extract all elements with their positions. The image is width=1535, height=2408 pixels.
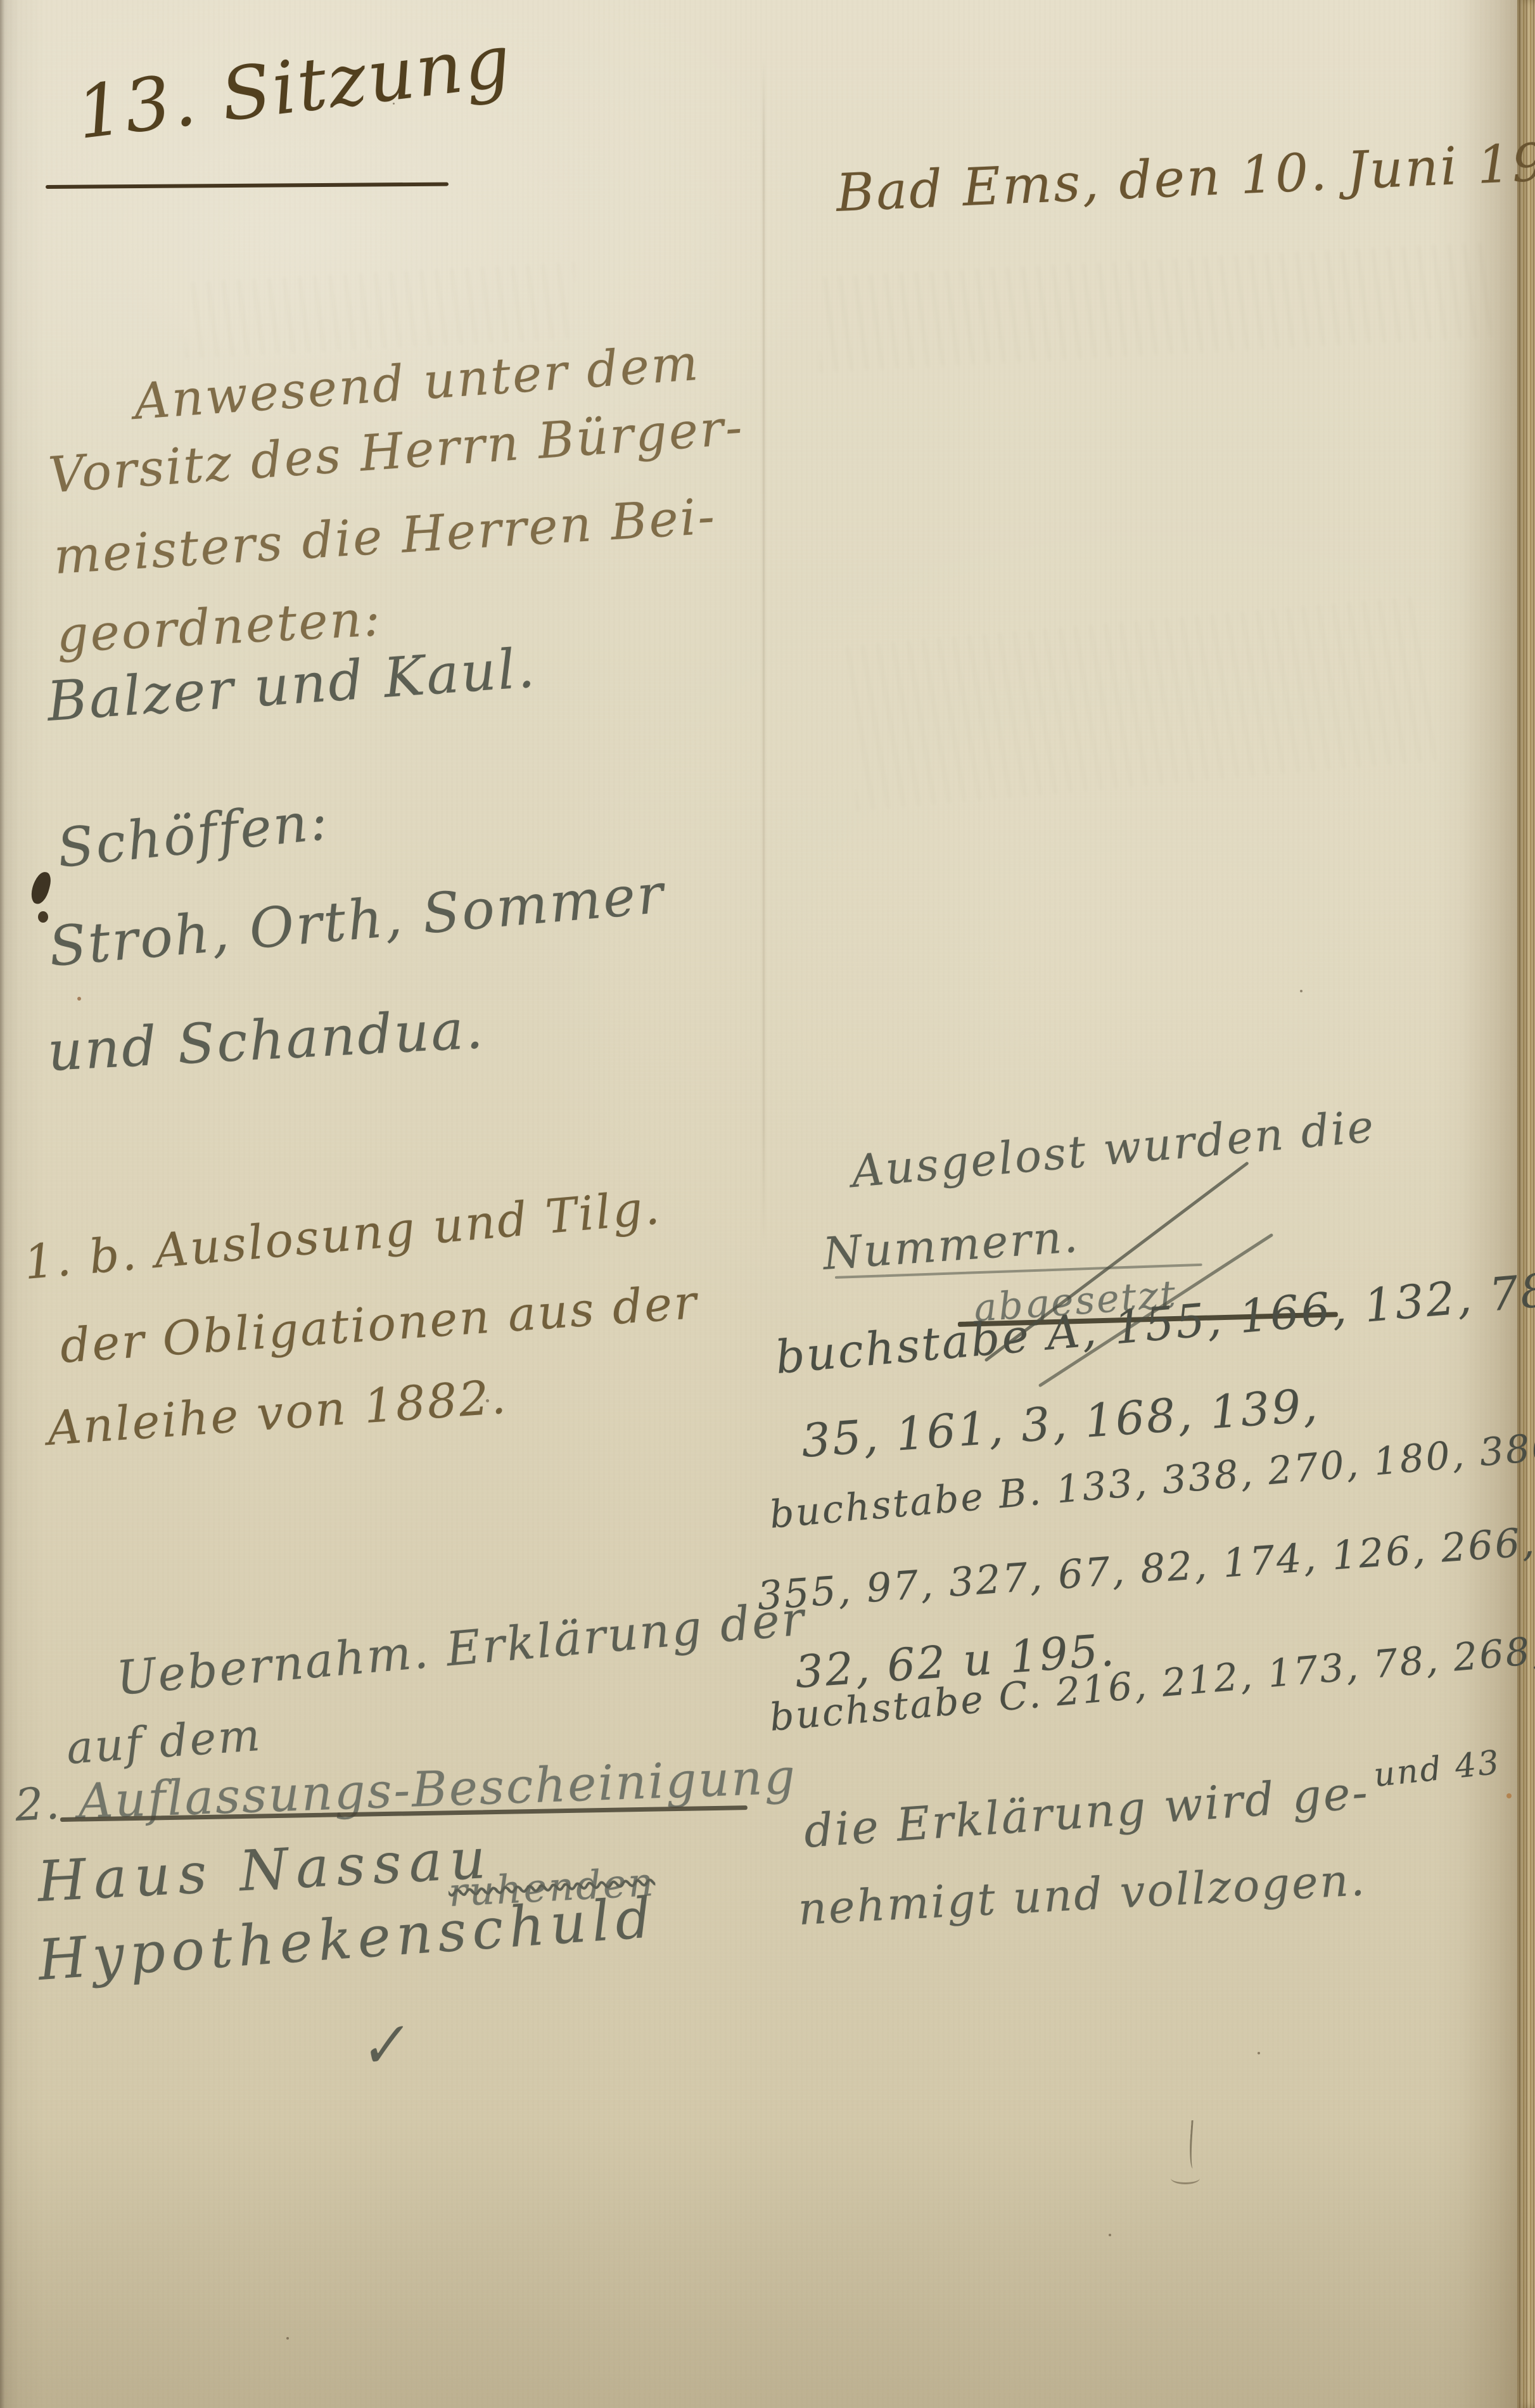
item2-line: Uebernahm. Erklärung der	[115, 1591, 808, 1706]
resolution-intro-line: Ausgelost wurden die	[850, 1100, 1377, 1198]
paper-speck	[393, 103, 395, 105]
item1-subject-line: Anleihe von 1882.	[46, 1369, 509, 1456]
paper-speck	[486, 1399, 489, 1402]
item1-subject-line: der Obligationen aus der	[58, 1275, 700, 1374]
item1-subject-line: 1. b. Auslosung und Tilg.	[22, 1180, 663, 1290]
paper-speck	[77, 997, 81, 1001]
bleedthrough-ghost	[182, 262, 578, 359]
paper-speck	[1300, 990, 1303, 992]
paper-speck	[286, 2337, 289, 2340]
book-gutter-shadow	[1462, 0, 1519, 2408]
session-title: 13. Sitzung	[72, 18, 517, 155]
book-page-edges	[1517, 0, 1535, 2408]
pen-scratch	[1188, 2120, 1198, 2169]
resolution-closing-line: nehmigt und vollzogen.	[797, 1854, 1368, 1935]
paper-speck	[1258, 2052, 1260, 2054]
bleedthrough-ghost	[843, 596, 1437, 810]
schoeffen-heading: Schöffen:	[54, 790, 332, 880]
ink-blot	[29, 870, 53, 906]
schoeffen-names-line: und Schandua.	[46, 997, 487, 1084]
manuscript-page: 13. Sitzung Bad Ems, den 10. Juni 1921 A…	[0, 0, 1535, 2408]
vertical-crease	[763, 57, 765, 1248]
paper-speck	[1506, 1793, 1512, 1798]
pen-scratch	[1171, 2172, 1200, 2184]
attendance-line: meisters die Herren Bei-	[53, 488, 718, 586]
resolution-closing-line: die Erklärung wird ge-	[802, 1765, 1371, 1858]
title-underline	[46, 183, 449, 189]
bleedthrough-ghost	[815, 242, 1491, 372]
dateline: Bad Ems, den 10. Juni 1921	[835, 129, 1535, 224]
item2-number: 2.	[14, 1777, 63, 1831]
item2-line: auf dem	[65, 1709, 264, 1774]
schoeffen-names-line: Stroh, Orth, Sommer	[46, 862, 667, 979]
checkmark: ✓	[353, 2009, 412, 2083]
paper-speck	[1109, 2234, 1111, 2236]
